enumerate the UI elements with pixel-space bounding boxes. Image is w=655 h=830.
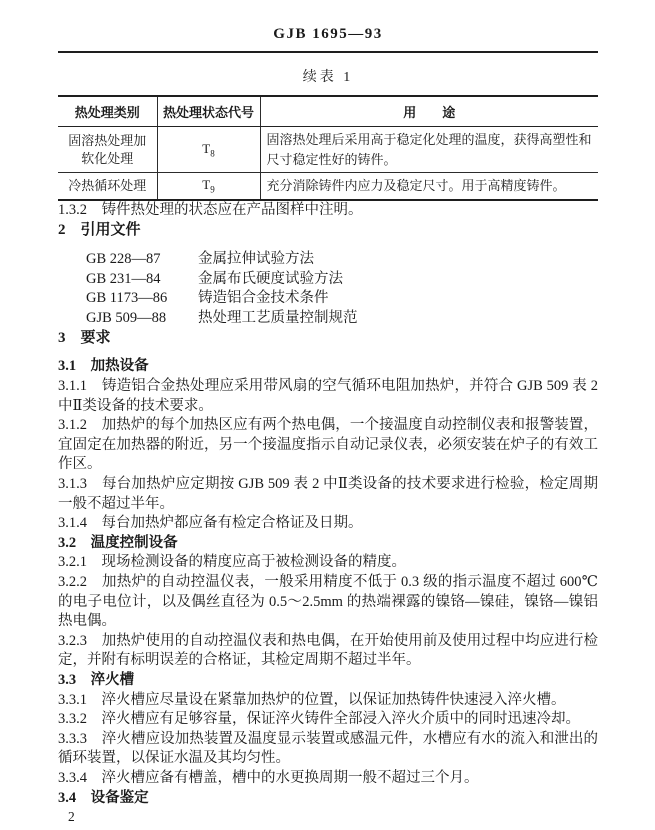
- page-content: GJB 1695—93 续表 1 热处理类别 热处理状态代号 用 途 固溶热处理…: [0, 0, 655, 825]
- reference-title: 铸造铝合金技术条件: [198, 290, 329, 306]
- scanned-document-page: GJB 1695—93 续表 1 热处理类别 热处理状态代号 用 途 固溶热处理…: [0, 0, 655, 830]
- document-body: 1.3.2 铸件热处理的状态应在产品图样中注明。 2 引用文件 GB 228—8…: [58, 201, 598, 809]
- table-row: 固溶热处理加软化处理 T8 固溶热处理后采用高于稳定化处理的温度，获得高塑性和尺…: [58, 127, 598, 173]
- reference-title: 金属布氏硬度试验方法: [198, 271, 343, 287]
- header-rule: [58, 51, 598, 53]
- para-3-1-2: 3.1.2 加热炉的每个加热区应有两个热电偶，一个接温度自动控制仪表和报警装置，…: [58, 416, 598, 475]
- table-header-row: 热处理类别 热处理状态代号 用 途: [58, 96, 598, 127]
- doc-number: GJB 1695—93: [58, 0, 598, 43]
- col-header-category: 热处理类别: [58, 96, 157, 127]
- para-3-3-1: 3.3.1 淬火槽应尽量设在紧靠加热炉的位置，以保证加热铸件快速浸入淬火槽。: [58, 691, 598, 711]
- reference-title: 热处理工艺质量控制规范: [198, 310, 358, 326]
- col-header-usage: 用 途: [260, 96, 598, 127]
- para-3-2-1: 3.2.1 现场检测设备的精度应高于被检测设备的精度。: [58, 553, 598, 573]
- cell-category: 冷热循环处理: [58, 173, 157, 200]
- cell-code: T9: [157, 173, 260, 200]
- para-3-1-4: 3.1.4 每台加热炉都应备有检定合格证及日期。: [58, 514, 598, 534]
- para-1-3-2: 1.3.2 铸件热处理的状态应在产品图样中注明。: [58, 201, 598, 221]
- para-3-2-3: 3.2.3 加热炉使用的自动控温仪表和热电偶，在开始使用前及使用过程中均应进行检…: [58, 632, 598, 671]
- reference-title: 金属拉伸试验方法: [198, 251, 314, 267]
- reference-code: GB 1173—86: [86, 289, 198, 309]
- para-3-1-3: 3.1.3 每台加热炉应定期按 GJB 509 表 2 中Ⅱ类设备的技术要求进行…: [58, 475, 598, 514]
- reference-code: GB 228—87: [86, 250, 198, 270]
- reference-code: GJB 509—88: [86, 309, 198, 329]
- para-3-3-3: 3.3.3 淬火槽应设加热装置及温度显示装置或感温元件，水槽应有水的流入和泄出的…: [58, 730, 598, 769]
- cell-usage: 充分消除铸件内应力及稳定尺寸。用于高精度铸件。: [260, 173, 598, 200]
- reference-item: GJB 509—88热处理工艺质量控制规范: [86, 309, 598, 329]
- para-3-3-4: 3.3.4 淬火槽应备有槽盖，槽中的水更换周期一般不超过三个月。: [58, 769, 598, 789]
- cell-category: 固溶热处理加软化处理: [58, 127, 157, 173]
- reference-code: GB 231—84: [86, 270, 198, 290]
- section-heading-3: 3 要求: [58, 328, 598, 348]
- para-3-2-2: 3.2.2 加热炉的自动控温仪表，一般采用精度不低于 0.3 级的指示温度不超过…: [58, 573, 598, 632]
- page-number: 2: [58, 809, 598, 825]
- subsection-heading-3-2: 3.2 温度控制设备: [58, 534, 598, 554]
- reference-list: GB 228—87金属拉伸试验方法 GB 231—84金属布氏硬度试验方法 GB…: [86, 250, 598, 328]
- reference-item: GB 228—87金属拉伸试验方法: [86, 250, 598, 270]
- table-caption: 续表 1: [58, 66, 598, 86]
- section-heading-2: 2 引用文件: [58, 220, 598, 240]
- subsection-heading-3-1: 3.1 加热设备: [58, 357, 598, 377]
- para-3-1-1: 3.1.1 铸造铝合金热处理应采用带风扇的空气循环电阻加热炉，并符合 GJB 5…: [58, 377, 598, 416]
- heat-treatment-table: 热处理类别 热处理状态代号 用 途 固溶热处理加软化处理 T8 固溶热处理后采用…: [58, 95, 598, 201]
- col-header-code: 热处理状态代号: [157, 96, 260, 127]
- subsection-heading-3-3: 3.3 淬火槽: [58, 671, 598, 691]
- code-subscript: 9: [210, 185, 215, 195]
- table-row: 冷热循环处理 T9 充分消除铸件内应力及稳定尺寸。用于高精度铸件。: [58, 173, 598, 200]
- subsection-heading-3-4: 3.4 设备鉴定: [58, 789, 598, 809]
- para-3-3-2: 3.3.2 淬火槽应有足够容量，保证淬火铸件全部浸入淬火介质中的同时迅速冷却。: [58, 710, 598, 730]
- cell-code: T8: [157, 127, 260, 173]
- reference-item: GB 231—84金属布氏硬度试验方法: [86, 270, 598, 290]
- reference-item: GB 1173—86铸造铝合金技术条件: [86, 289, 598, 309]
- code-subscript: 8: [210, 148, 215, 158]
- cell-usage: 固溶热处理后采用高于稳定化处理的温度，获得高塑性和尺寸稳定性好的铸件。: [260, 127, 598, 173]
